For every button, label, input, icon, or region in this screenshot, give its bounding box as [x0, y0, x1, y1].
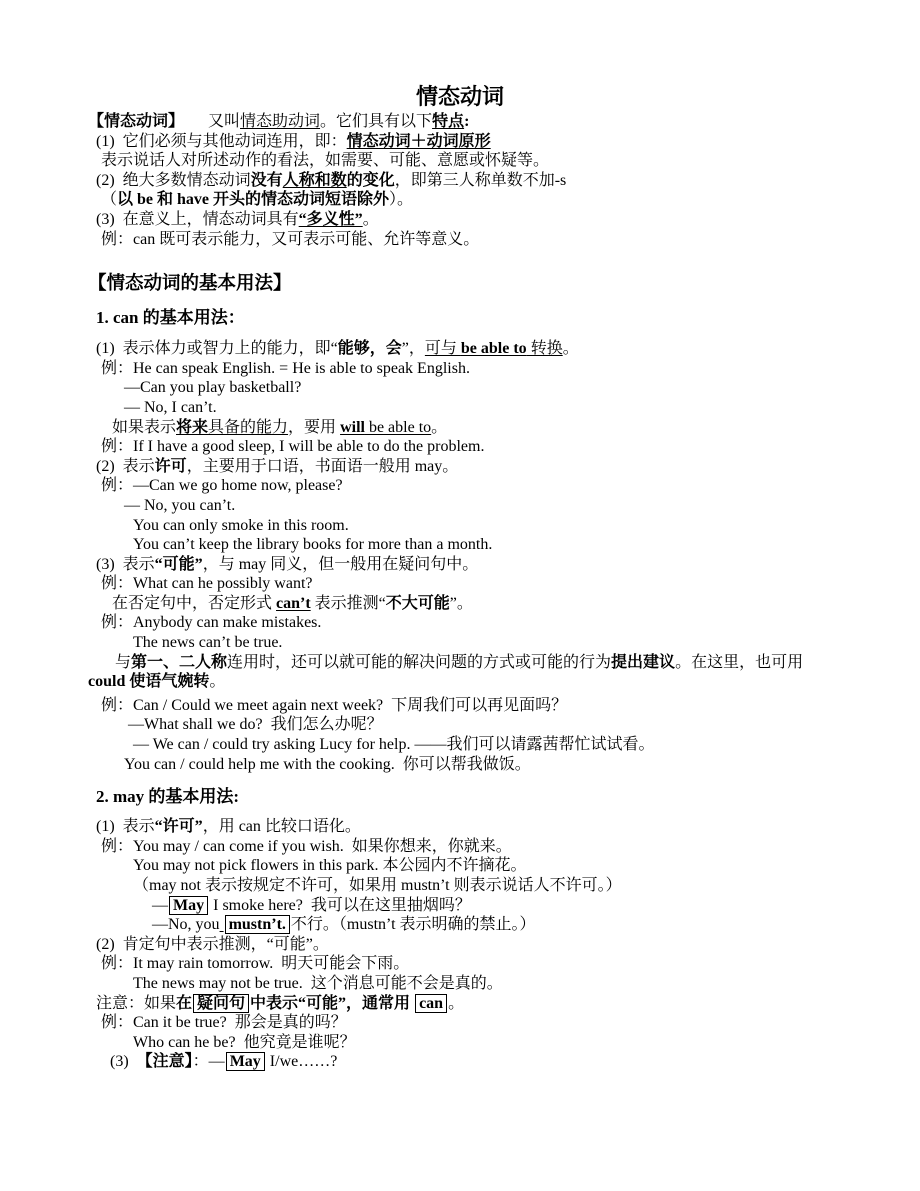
doc-line: 表示说话人对所述动作的看法，如需要、可能、意愿或怀疑等。 [0, 151, 920, 171]
doc-line: 例：If I have a good sleep, I will be able… [0, 437, 920, 457]
text-segment: — [152, 897, 168, 914]
text-segment: 1. can 的基本用法： [96, 308, 245, 327]
text-segment: 。 [209, 673, 225, 690]
text-segment: (3) [96, 211, 123, 228]
doc-line: （may not 表示按规定不许可，如果用 mustn’t 则表示说话人不许可。… [0, 876, 920, 896]
boxed-word: 疑问句 [193, 994, 249, 1013]
text-segment: 在意义上，情态动词具有 [123, 211, 299, 228]
text-segment: 以 be 和 have 开头的情态动词短语除外 [117, 191, 389, 208]
doc-line: 例：—Can we go home now, please? [0, 476, 920, 496]
doc-line: — No, you can’t. [0, 496, 920, 516]
doc-line: could 使语气婉转。 [0, 672, 920, 692]
text-segment: 没有 [251, 172, 283, 189]
text-segment: ，即第三人称单数不加-s [395, 172, 567, 189]
doc-line: You can’t keep the library books for mor… [0, 535, 920, 555]
doc-line: 1. can 的基本用法： [0, 307, 920, 328]
text-segment: 表示 [123, 818, 155, 835]
boxed-word: can [415, 994, 447, 1013]
document-body: 【情态动词】 又叫情态助动词。它们具有以下特点:(1) 它们必须与其他动词连用，… [0, 112, 920, 1072]
text-segment: (1) [96, 340, 123, 357]
text-segment: 又叫 [176, 113, 240, 130]
text-segment: （ [101, 191, 117, 208]
text-segment: 在 [176, 995, 192, 1012]
text-segment: You can only smoke in this room. [133, 517, 349, 534]
doc-line: (2) 表示许可，主要用于口语，书面语一般用 may。 [0, 457, 920, 477]
text-segment: 例：can 既可表示能力，又可表示可能、允许等意义。 [101, 231, 479, 248]
text-segment: be able to [365, 419, 431, 436]
doc-line: The news can’t be true. [0, 633, 920, 653]
text-segment: 。 [363, 211, 379, 228]
doc-line: (3) 表示“可能”，与 may 同义，但一般用在疑问句中。 [0, 555, 920, 575]
text-segment: ）。 [389, 191, 413, 208]
text-segment: (1) [96, 818, 123, 835]
text-segment: 将来 [176, 419, 208, 436]
boxed-word: mustn’t. [225, 915, 290, 934]
doc-line: —Can you play basketball? [0, 378, 920, 398]
text-segment: 不行。（mustn’t 表示明确的禁止。） [291, 916, 536, 933]
text-segment: 表示 [123, 458, 155, 475]
doc-line: You can / could help me with the cooking… [0, 755, 920, 775]
doc-line: 如果表示将来具备的能力，要用 will be able to。 [0, 418, 920, 438]
text-segment: 2. may 的基本用法: [96, 787, 239, 806]
text-segment: 表示推测“ [311, 595, 386, 612]
text-segment: 情态动词＋动词原形 [347, 133, 491, 150]
text-segment: You can / could help me with the cooking… [124, 756, 531, 773]
text-segment: ”。 [450, 595, 473, 612]
doc-line: —What shall we do? 我们怎么办呢？ [0, 715, 920, 735]
doc-line: The news may not be true. 这个消息可能不会是真的。 [0, 974, 920, 994]
text-segment: 能够，会 [338, 340, 402, 357]
text-segment: 第一、二人称 [131, 654, 227, 671]
text-segment: — We can / could try asking Lucy for hel… [133, 736, 654, 753]
doc-line: (3) 【注意】：—May I/we……? [0, 1052, 920, 1072]
text-segment: 情态助动词 [240, 113, 320, 130]
text-segment: 【注意】 [137, 1053, 193, 1070]
text-segment: 连用时，还可以就可能的解决问题的方式或可能的行为 [227, 654, 611, 671]
boxed-word: May [169, 896, 208, 915]
text-segment: “可能” [155, 556, 203, 573]
text-segment: 如果表示 [112, 419, 176, 436]
text-segment: (1) [96, 133, 123, 150]
text-segment: 可与 [425, 340, 461, 357]
text-segment: The news can’t be true. [133, 634, 282, 651]
text-segment: (2) [96, 172, 123, 189]
text-segment: 表示 [123, 556, 155, 573]
doc-line: （以 be 和 have 开头的情态动词短语除外）。 [0, 190, 920, 210]
text-segment: —Can you play basketball? [124, 379, 301, 396]
doc-line: — No, I can’t. [0, 398, 920, 418]
doc-line: —May I smoke here? 我可以在这里抽烟吗？ [0, 896, 920, 916]
doc-line: 2. may 的基本用法: [0, 786, 920, 807]
text-segment: Who can he be? 他究竟是谁呢？ [133, 1034, 356, 1051]
doc-line: 在否定句中，否定形式 can’t 表示推测“不大可能”。 [0, 594, 920, 614]
text-segment: 特点 [432, 113, 464, 130]
text-segment: 。它们具有以下 [320, 113, 432, 130]
doc-line: 【情态动词】 又叫情态助动词。它们具有以下特点: [0, 112, 920, 132]
text-segment: 肯定句中表示推测，“可能”。 [123, 936, 329, 953]
doc-line: 注意：如果在疑问句中表示“可能”，通常用 can。 [0, 994, 920, 1014]
text-segment: 不大可能 [386, 595, 450, 612]
text-segment: The news may not be true. 这个消息可能不会是真的。 [133, 975, 503, 992]
text-segment: “许可” [155, 818, 203, 835]
text-segment: “多义性” [299, 211, 363, 228]
text-segment: 例：If I have a good sleep, I will be able… [101, 438, 484, 455]
text-segment: 例：He can speak English. = He is able to … [101, 360, 470, 377]
text-segment: 的变化 [347, 172, 395, 189]
text-segment: : [464, 113, 469, 130]
text-segment: I smoke here? 我可以在这里抽烟吗？ [209, 897, 471, 914]
text-segment: will [340, 419, 365, 436]
doc-line: 例：can 既可表示能力，又可表示可能、允许等意义。 [0, 230, 920, 250]
doc-line: 与第一、二人称连用时，还可以就可能的解决问题的方式或可能的行为提出建议。在这里，… [0, 653, 920, 673]
doc-line: (1) 表示“许可”，用 can 比较口语化。 [0, 817, 920, 837]
text-segment: 例：—Can we go home now, please? [101, 477, 343, 494]
text-segment: 例：Can it be true? 那会是真的吗？ [101, 1014, 347, 1031]
text-segment: 例：You may / can come if you wish. 如果你想来，… [101, 838, 512, 855]
text-segment: 提出建议 [611, 654, 675, 671]
text-segment: be able to [461, 340, 527, 357]
text-segment: You may not pick flowers in this park. 本… [133, 857, 526, 874]
text-segment: 例：Can / Could we meet again next week? 下… [101, 697, 567, 714]
text-segment: ，主要用于口语，书面语一般用 may。 [187, 458, 459, 475]
text-segment: ：— [193, 1053, 225, 1070]
text-segment: 表示说话人对所述动作的看法，如需要、可能、意愿或怀疑等。 [101, 152, 549, 169]
doc-line: 例：What can he possibly want? [0, 574, 920, 594]
text-segment: 具备的能力 [208, 419, 288, 436]
doc-line: (2) 肯定句中表示推测，“可能”。 [0, 935, 920, 955]
text-segment: ”， [402, 340, 425, 357]
text-segment: 在否定句中，否定形式 [112, 595, 276, 612]
doc-line: (1) 它们必须与其他动词连用，即：情态动词＋动词原形 [0, 132, 920, 152]
text-segment: 例：What can he possibly want? [101, 575, 313, 592]
doc-line: 例：He can speak English. = He is able to … [0, 359, 920, 379]
text-segment: 注意：如果 [96, 995, 176, 1012]
doc-line: 例：It may rain tomorrow. 明天可能会下雨。 [0, 954, 920, 974]
text-segment: 表示体力或智力上的能力，即“ [123, 340, 338, 357]
doc-line: 例：Can / Could we meet again next week? 下… [0, 696, 920, 716]
text-segment: — No, you can’t. [124, 497, 235, 514]
text-segment: 。在这里，也可用 [675, 654, 803, 671]
doc-line: You can only smoke in this room. [0, 516, 920, 536]
text-segment [220, 916, 224, 933]
boxed-word: May [226, 1052, 265, 1071]
doc-line: You may not pick flowers in this park. 本… [0, 856, 920, 876]
text-segment: 。 [448, 995, 464, 1012]
text-segment: 人称和数 [283, 172, 347, 189]
doc-line: Who can he be? 他究竟是谁呢？ [0, 1033, 920, 1053]
text-segment: 【情态动词】 [88, 113, 176, 130]
text-segment: ，要用 [288, 419, 340, 436]
doc-line: (2) 绝大多数情态动词没有人称和数的变化，即第三人称单数不加-s [0, 171, 920, 191]
text-segment: (2) [96, 936, 123, 953]
text-segment: 。 [431, 419, 447, 436]
text-segment: 许可 [155, 458, 187, 475]
text-segment: 【情态动词的基本用法】 [88, 274, 292, 294]
text-segment: (3) [96, 556, 123, 573]
text-segment: —What shall we do? 我们怎么办呢？ [128, 716, 383, 733]
doc-line: (1) 表示体力或智力上的能力，即“能够，会”，可与 be able to 转换… [0, 339, 920, 359]
doc-line: 例：Can it be true? 那会是真的吗？ [0, 1013, 920, 1033]
doc-line: 例：You may / can come if you wish. 如果你想来，… [0, 837, 920, 857]
text-segment: 例：Anybody can make mistakes. [101, 614, 321, 631]
text-segment: can’t [276, 595, 311, 612]
text-segment: ，用 can 比较口语化。 [203, 818, 361, 835]
text-segment: 绝大多数情态动词 [123, 172, 251, 189]
document-page: 情态动词 【情态动词】 又叫情态助动词。它们具有以下特点:(1) 它们必须与其他… [0, 0, 920, 1191]
text-segment: (3) [110, 1053, 137, 1070]
text-segment: —No, you [152, 916, 220, 933]
doc-line: — We can / could try asking Lucy for hel… [0, 735, 920, 755]
doc-line: (3) 在意义上，情态动词具有“多义性”。 [0, 210, 920, 230]
text-segment: — No, I can’t. [124, 399, 217, 416]
text-segment: 转换 [527, 340, 563, 357]
text-segment: ，与 may 同义，但一般用在疑问句中。 [203, 556, 479, 573]
doc-line: 例：Anybody can make mistakes. [0, 613, 920, 633]
text-segment: （may not 表示按规定不许可，如果用 mustn’t 则表示说话人不许可。… [133, 877, 622, 894]
text-segment: could 使语气婉转 [88, 673, 209, 690]
text-segment: I/we……? [266, 1053, 338, 1070]
doc-line: —No, you mustn’t.不行。（mustn’t 表示明确的禁止。） [0, 915, 920, 935]
text-segment: 中表示“可能”，通常用 [250, 995, 414, 1012]
page-title: 情态动词 [0, 84, 920, 110]
text-segment: (2) [96, 458, 123, 475]
text-segment: 与 [115, 654, 131, 671]
text-segment: You can’t keep the library books for mor… [133, 536, 492, 553]
text-segment: 例：It may rain tomorrow. 明天可能会下雨。 [101, 955, 409, 972]
text-segment: 。 [563, 340, 579, 357]
text-segment: 它们必须与其他动词连用，即： [123, 133, 347, 150]
doc-line: 【情态动词的基本用法】 [0, 273, 920, 296]
